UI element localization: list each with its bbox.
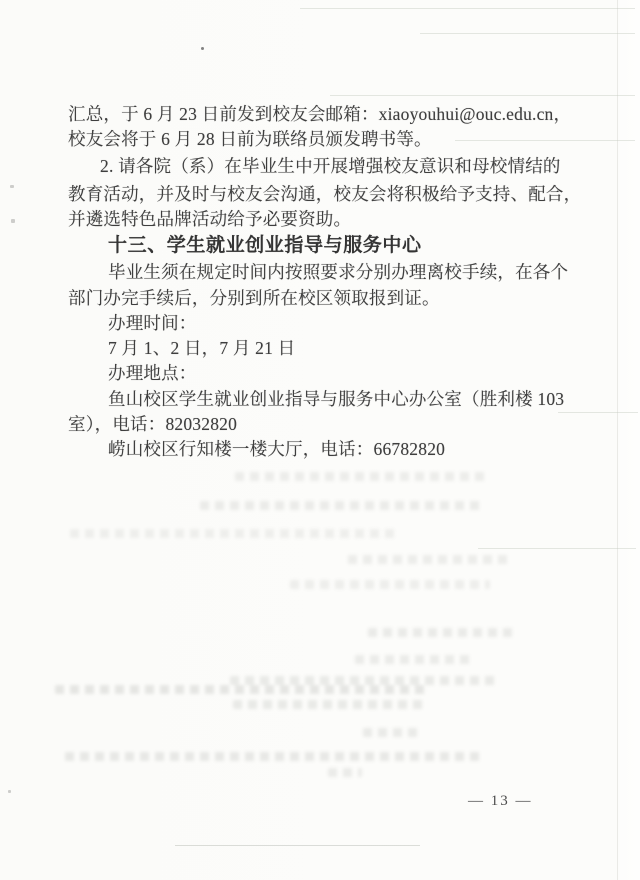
line-processing-time-label: 办理时间：	[108, 315, 197, 333]
page-edge-seam	[617, 0, 618, 880]
scanned-document-page: 汇总，于 6 月 23 日前发到校友会邮箱：xiaoyouhui@ouc.edu…	[0, 0, 640, 880]
line-receive-registration: 部门办完手续后，分别到所在校区领取报到证。	[68, 290, 440, 308]
line-email-summary: 汇总，于 6 月 23 日前发到校友会邮箱：xiaoyouhui@ouc.edu…	[68, 106, 571, 124]
line-leave-procedures: 毕业生须在规定时间内按照要求分别办理离校手续，在各个	[108, 264, 568, 282]
line-yushan-office: 鱼山校区学生就业创业指导与服务中心办公室（胜利楼 103	[108, 391, 564, 409]
page-number: — 13 —	[468, 793, 533, 810]
line-brand-activities: 并遴选特色品牌活动给予必要资助。	[68, 211, 351, 229]
line-laoshan-hall: 崂山校区行知楼一楼大厅，电话：66782820	[108, 441, 445, 459]
line-item-2: 2. 请各院（系）在毕业生中开展增强校友意识和母校情结的	[100, 158, 561, 176]
line-processing-location-label: 办理地点：	[108, 365, 197, 383]
section-heading-13: 十三、学生就业创业指导与服务中心	[108, 236, 422, 255]
line-appointment-letters: 校友会将于 6 月 28 日前为联络员颁发聘书等。	[68, 131, 432, 149]
line-processing-dates: 7 月 1、2 日，7 月 21 日	[108, 340, 295, 358]
line-yushan-phone: 室），电话：82032820	[68, 416, 237, 434]
line-education-activities: 教育活动，并及时与校友会沟通，校友会将积极给予支持、配合，	[68, 186, 581, 204]
